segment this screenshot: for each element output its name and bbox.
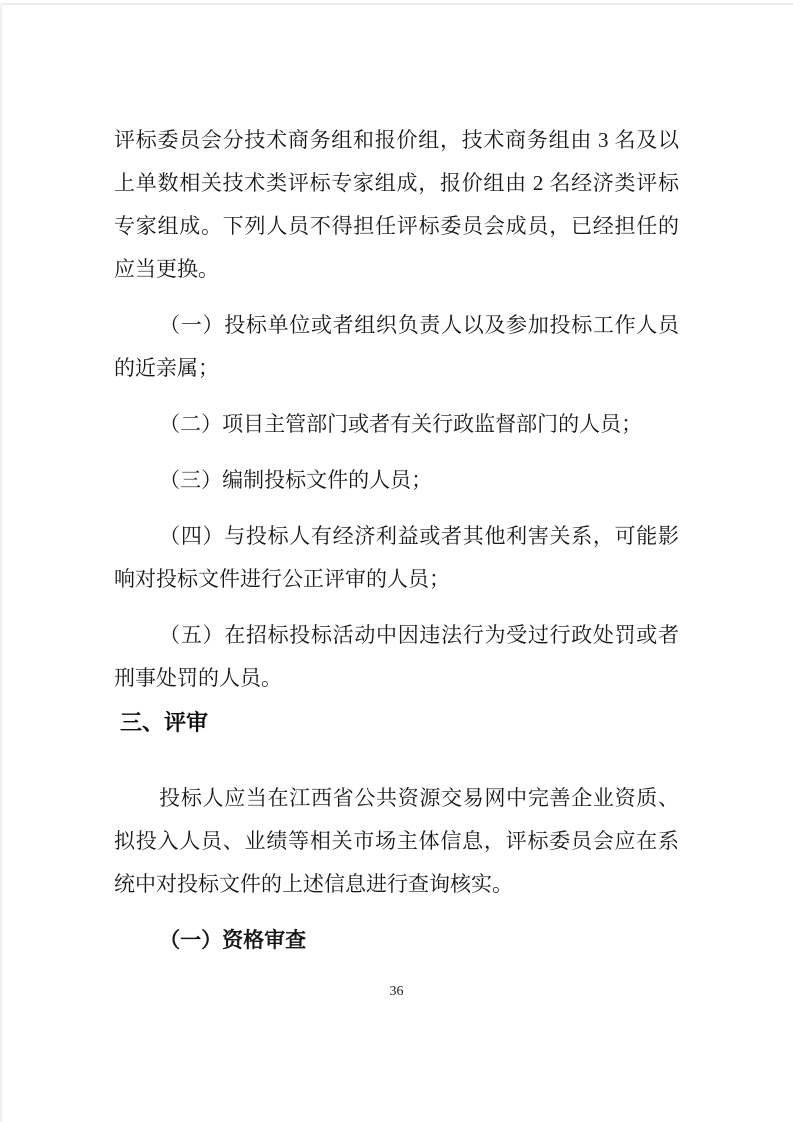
document-page: 评标委员会分技术商务组和报价组，技术商务组由 3 名及以上单数相关技术类评标专家… — [0, 0, 793, 1122]
list-item-5: （五）在招标投标活动中因违法行为受过行政处罚或者刑事处罚的人员。 — [114, 614, 679, 700]
paragraph-committee-composition: 评标委员会分技术商务组和报价组，技术商务组由 3 名及以上单数相关技术类评标专家… — [114, 119, 679, 291]
list-item-4: （四）与投标人有经济利益或者其他利害关系，可能影响对投标文件进行公正评审的人员； — [114, 515, 679, 601]
list-item-1: （一）投标单位或者组织负责人以及参加投标工作人员的近亲属； — [114, 304, 679, 390]
paragraph-review-requirements: 投标人应当在江西省公共资源交易网中完善企业资质、拟投入人员、业绩等相关市场主体信… — [114, 777, 679, 906]
subsection-heading-qualification-check: （一）资格审查 — [114, 919, 679, 962]
page-edge-left — [0, 3, 2, 1122]
page-number: 36 — [0, 982, 793, 1002]
list-item-2: （二）项目主管部门或者有关行政监督部门的人员； — [114, 403, 679, 446]
list-item-3: （三）编制投标文件的人员； — [114, 459, 679, 502]
section-heading-review: 三、评审 — [120, 701, 679, 744]
page-content: 评标委员会分技术商务组和报价组，技术商务组由 3 名及以上单数相关技术类评标专家… — [114, 119, 679, 962]
page-edge-top — [0, 3, 793, 5]
